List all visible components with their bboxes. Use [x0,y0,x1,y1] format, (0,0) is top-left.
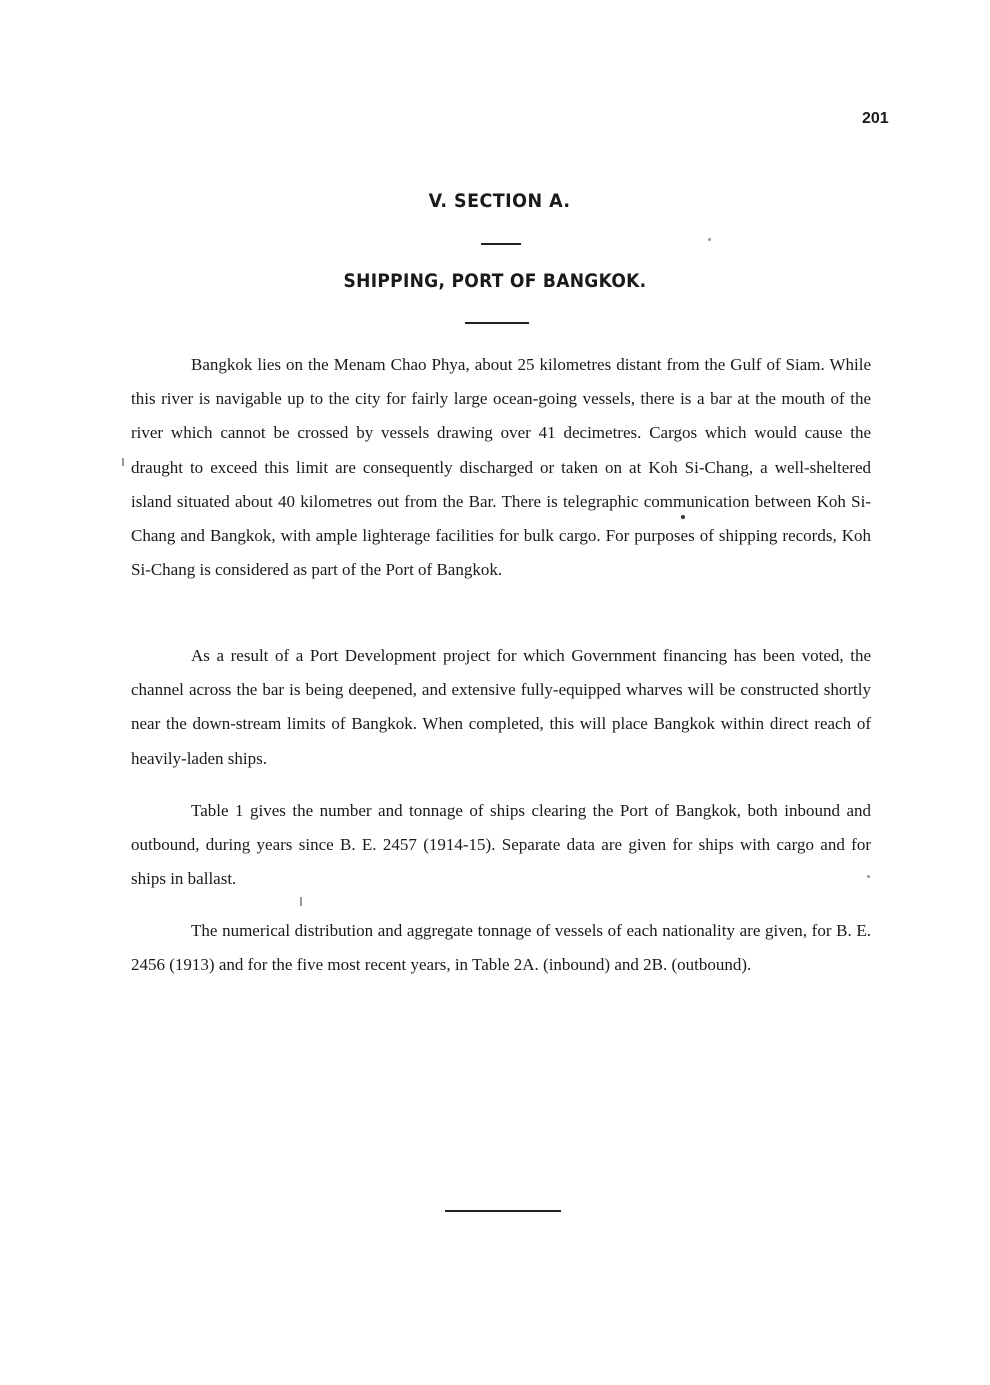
footer-divider [445,1210,561,1212]
page-title: SHIPPING, PORT OF BANGKOK. [50,270,941,292]
body-paragraph-4: The numerical distribution and aggregate… [131,914,871,982]
paragraph-text: As a result of a Port Development projec… [131,639,871,776]
scan-speck [300,897,302,906]
body-paragraph-3: Table 1 gives the number and tonnage of … [131,794,871,897]
title-divider [465,322,529,324]
page-number: 201 [862,110,922,128]
section-heading: V. SECTION A. [40,190,951,212]
paragraph-text: Table 1 gives the number and tonnage of … [131,794,871,897]
body-paragraph-1: Bangkok lies on the Menam Chao Phya, abo… [131,348,871,587]
scan-speck [708,238,711,241]
body-paragraph-2: As a result of a Port Development projec… [131,639,871,776]
scan-speck [867,875,870,878]
paragraph-text: Bangkok lies on the Menam Chao Phya, abo… [131,348,871,587]
scan-speck [681,515,685,519]
heading-divider [481,243,521,245]
paragraph-text: The numerical distribution and aggregate… [131,914,871,982]
scan-speck [122,458,124,466]
